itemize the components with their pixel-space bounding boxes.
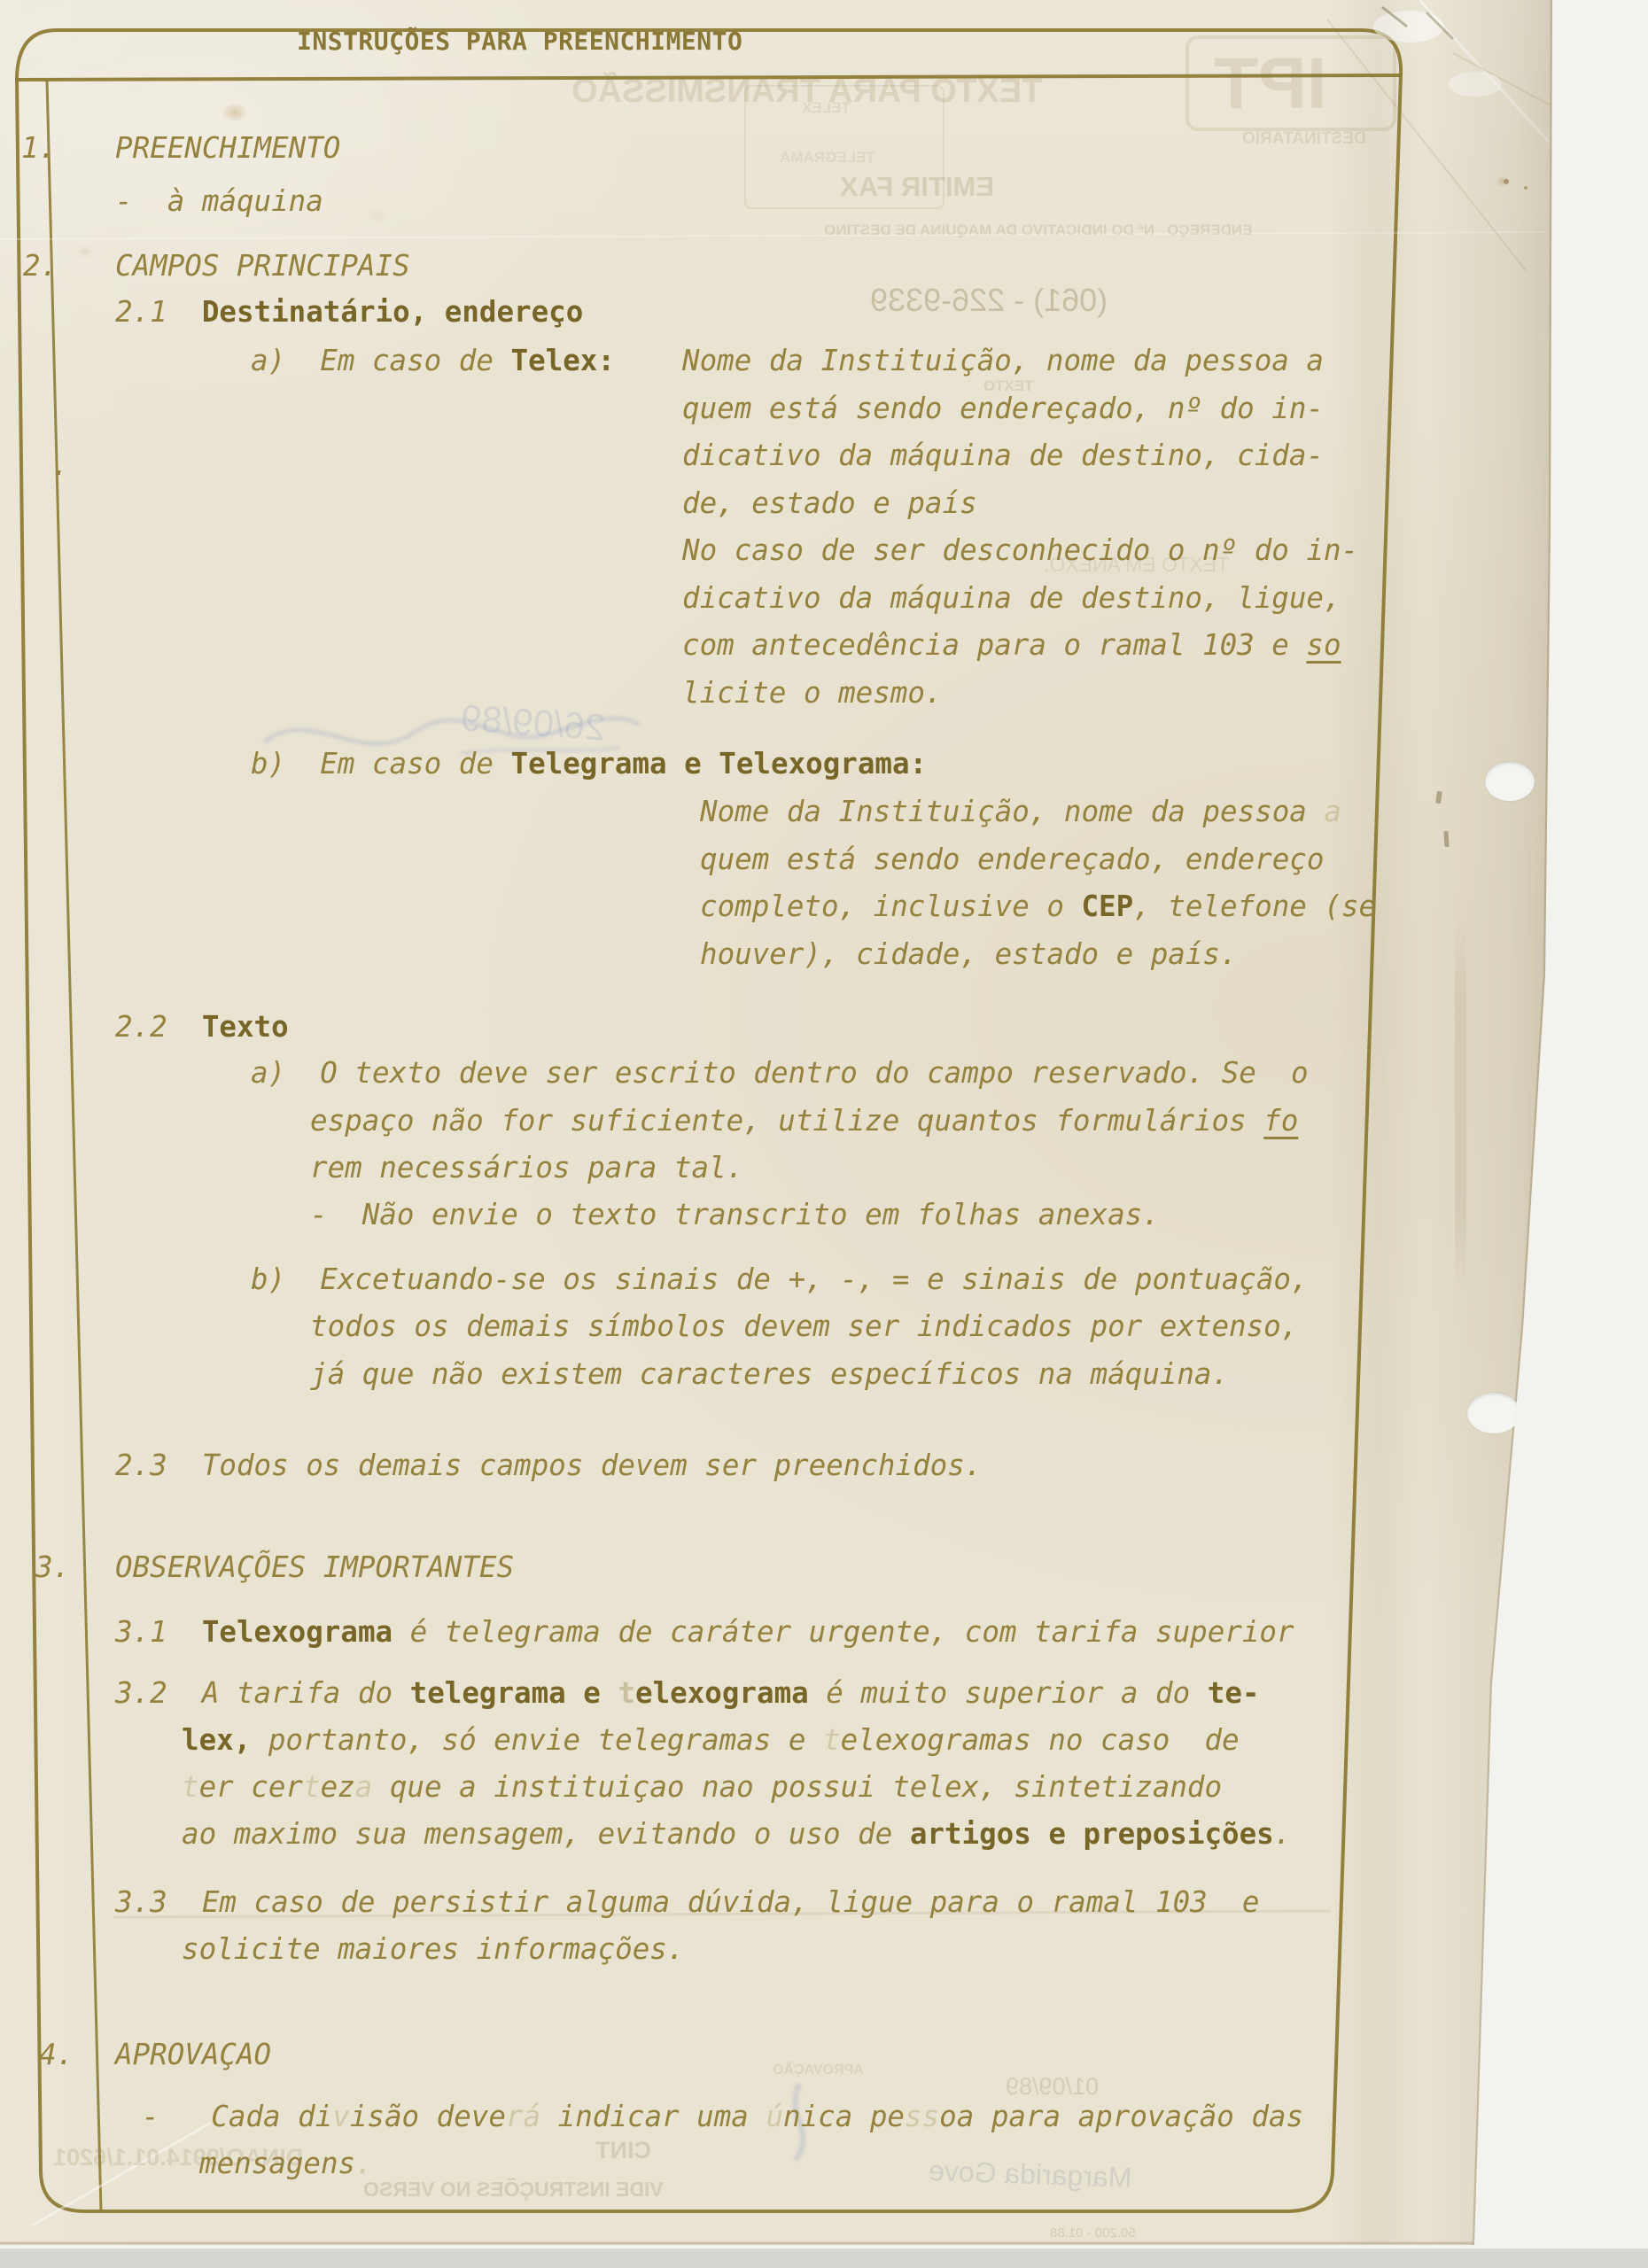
checkbox-bleed-box xyxy=(744,85,944,209)
doc-line: mensagens. xyxy=(199,2146,373,2181)
text-segment: . xyxy=(51,448,69,482)
doc-line: 3.1 Telexograma é telegrama de caráter u… xyxy=(115,1614,1294,1650)
text-segment: artigos e preposições xyxy=(910,1817,1274,1851)
text-segment: 2. xyxy=(23,249,58,283)
doc-line: 3. xyxy=(35,1550,70,1585)
text-segment: é muito superior a do xyxy=(809,1676,1208,1710)
text-segment: elexograma xyxy=(635,1676,809,1710)
text-segment: No caso de ser desconhecido o nº do in- xyxy=(682,533,1358,567)
doc-line: 3.2 A tarifa do telegrama e telexograma … xyxy=(115,1675,1259,1711)
text-segment: lex, xyxy=(182,1723,251,1757)
doc-line: a) O texto deve ser escrito dentro do ca… xyxy=(251,1055,1309,1091)
bleed-text: VIDE INSTRUÇÕES NO VERSO xyxy=(363,2178,664,2202)
doc-line: Nome da Instituição, nome da pessoa a xyxy=(682,343,1324,378)
bleed-text: CINT xyxy=(595,2137,651,2164)
doc-line: 2.3 Todos os demais campos devem ser pre… xyxy=(115,1448,982,1483)
bleed-text: TEXTO PARA TRANSMISSÃO xyxy=(571,73,1042,111)
text-segment: b) Excetuando-se os sinais de +, -, = e … xyxy=(251,1262,1309,1296)
doc-line: todos os demais símbolos devem ser indic… xyxy=(310,1309,1298,1344)
doc-line: houver), cidade, estado e país. xyxy=(700,936,1238,972)
doc-line: lex, portanto, só envie telegramas e tel… xyxy=(182,1722,1240,1758)
bleed-text: TELEGRAMA xyxy=(780,149,875,167)
text-segment: mensagens xyxy=(199,2147,355,2180)
text-segment: b) Em caso de xyxy=(251,747,511,781)
text-segment: solicite maiores informações. xyxy=(182,1932,684,1966)
text-segment: t xyxy=(303,1770,321,1804)
bleed-text: IPT xyxy=(1214,43,1327,126)
text-segment: a) O texto deve ser escrito dentro do ca… xyxy=(251,1056,1309,1090)
text-segment: rá xyxy=(506,2100,540,2133)
text-segment: v xyxy=(332,2100,350,2133)
text-segment: que a instituiçao nao possui telex, sint… xyxy=(372,1770,1222,1804)
doc-line: a) Em caso de Telex: xyxy=(251,343,615,378)
text-segment: te- xyxy=(1208,1676,1260,1710)
text-segment: portanto, só envie telegramas e xyxy=(251,1723,823,1757)
text-segment: todos os demais símbolos devem ser indic… xyxy=(310,1309,1298,1343)
doc-line: 4. xyxy=(39,2037,74,2072)
doc-line: - Não envie o texto transcrito em folhas… xyxy=(310,1197,1160,1232)
page-title: INSTRUÇÕES PARA PREENCHIMENTO xyxy=(297,27,742,56)
text-segment: licite o mesmo. xyxy=(682,676,943,710)
doc-line: 2.2 Texto xyxy=(115,1009,289,1045)
text-segment: rem necessários para tal. xyxy=(310,1151,743,1184)
text-segment: APROVAÇAO xyxy=(115,2038,271,2071)
text-segment: Nome da Instituição, nome da pessoa a xyxy=(682,344,1324,377)
text-segment: espaço não for suficiente, utilize quant… xyxy=(310,1104,1263,1138)
text-segment: - à máquina xyxy=(115,184,323,218)
text-segment: dicativo da máquina de destino, ligue, xyxy=(682,581,1341,615)
text-segment: CEP xyxy=(1081,889,1133,923)
text-segment: elexogramas no caso de xyxy=(841,1723,1240,1757)
doc-line: 2. xyxy=(23,248,58,283)
stain xyxy=(76,245,94,259)
bleed-text: 50.200 - 01.88 xyxy=(1050,2225,1136,2241)
text-segment: é telegrama de caráter urgente, com tari… xyxy=(393,1615,1294,1649)
text-segment: completo, inclusive o xyxy=(700,889,1081,923)
scanner-background-strip xyxy=(0,2249,1648,2268)
doc-line: . xyxy=(51,447,69,483)
text-segment: 3.1 xyxy=(115,1615,202,1649)
edge-shadow xyxy=(1418,0,1552,2245)
doc-line: b) Excetuando-se os sinais de +, -, = e … xyxy=(251,1262,1309,1297)
scanned-document-page: { "palette":{"ink":"#95823e","ink_bold":… xyxy=(0,0,1648,2268)
bleed-text: (061) - 226-9339 xyxy=(870,282,1108,319)
text-segment: t xyxy=(618,1676,635,1710)
paper-sheet: INSTRUÇÕES PARA PREENCHIMENTO 1.PREENCHI… xyxy=(0,0,1552,2245)
text-segment: com antecedência para o ramal 103 e xyxy=(682,628,1306,662)
text-segment: Texto xyxy=(202,1010,289,1044)
text-segment: 3.3 Em caso de persistir alguma dúvida, … xyxy=(115,1885,1259,1919)
text-segment: ao maximo sua mensagem, evitando o uso d… xyxy=(182,1817,910,1851)
text-segment: OBSERVAÇÕES IMPORTANTES xyxy=(115,1550,514,1584)
text-segment: de, estado e país xyxy=(682,486,977,520)
stain xyxy=(222,103,248,122)
text-segment: . xyxy=(355,2147,373,2180)
bleed-text: APROVAÇÃO xyxy=(773,2062,864,2078)
doc-line: 3.3 Em caso de persistir alguma dúvida, … xyxy=(115,1884,1259,1920)
doc-line: - à máquina xyxy=(115,183,323,219)
text-segment: Destinatário, endereço xyxy=(202,295,583,329)
text-segment: fo xyxy=(1263,1104,1298,1138)
doc-line: dicativo da máquina de destino, ligue, xyxy=(682,580,1341,616)
text-segment: isão deve xyxy=(350,2100,506,2133)
text-segment: quem está sendo endereçado, endereço xyxy=(700,843,1324,876)
doc-line: espaço não for suficiente, utilize quant… xyxy=(310,1103,1298,1138)
bleed-text: ENDEREÇO Nº DO INDICATIVO DA MAQUINA DE … xyxy=(824,221,1253,239)
text-segment: - Cada di xyxy=(142,2100,332,2133)
text-segment: a) Em caso de xyxy=(251,344,511,377)
text-segment: . xyxy=(1274,1817,1292,1851)
number-column-line xyxy=(47,80,101,2211)
text-segment: CAMPOS PRINCIPAIS xyxy=(115,249,410,283)
doc-line: quem está sendo endereçado, endereço xyxy=(700,842,1324,877)
text-segment: Telexograma xyxy=(202,1615,393,1649)
text-segment: Nome da Instituição, nome da pessoa xyxy=(700,795,1324,828)
stain xyxy=(1496,175,1510,187)
text-segment: ú xyxy=(766,2100,783,2133)
bleed-text: EMITIR FAX xyxy=(840,171,994,203)
text-segment: indicar uma xyxy=(540,2100,766,2133)
doc-line: dicativo da máquina de destino, cida- xyxy=(682,438,1324,473)
text-segment: 3.2 A tarifa do xyxy=(115,1676,410,1710)
fold-shadow xyxy=(1329,0,1426,2245)
doc-line: solicite maiores informações. xyxy=(182,1931,684,1967)
bleed-text: 26/09/89 xyxy=(460,696,607,749)
text-segment: houver), cidade, estado e país. xyxy=(700,937,1238,971)
doc-line: CAMPOS PRINCIPAIS xyxy=(115,248,410,283)
text-segment: er cer xyxy=(199,1770,303,1804)
doc-line: 1. xyxy=(21,130,56,166)
text-segment: 4. xyxy=(39,2038,74,2071)
doc-line: já que não existem caracteres específico… xyxy=(310,1356,1229,1392)
punch-hole xyxy=(1485,762,1535,801)
text-segment: t xyxy=(823,1723,841,1757)
text-segment: oa para aprovação das xyxy=(939,2100,1303,2133)
doc-line: PREENCHIMENTO xyxy=(115,130,340,166)
doc-line: Nome da Instituição, nome da pessoa a xyxy=(700,794,1341,829)
text-segment: PREENCHIMENTO xyxy=(115,131,340,165)
text-segment: quem está sendo endereçado, nº do in- xyxy=(682,392,1324,425)
doc-line: completo, inclusive o CEP, telefone (se xyxy=(700,889,1376,924)
bleed-text: Margarida Gove xyxy=(928,2155,1132,2194)
text-segment: Telegrama e Telexograma: xyxy=(511,747,928,781)
doc-line: ter certeza que a instituiçao nao possui… xyxy=(182,1769,1222,1805)
doc-line: OBSERVAÇÕES IMPORTANTES xyxy=(115,1550,514,1585)
doc-line: 2.1 Destinatário, endereço xyxy=(115,294,583,330)
punch-hole xyxy=(1467,1393,1520,1433)
doc-line: No caso de ser desconhecido o nº do in- xyxy=(682,532,1358,568)
text-segment: 1. xyxy=(21,131,56,165)
text-segment: t xyxy=(182,1770,199,1804)
text-segment: ss xyxy=(905,2100,939,2133)
doc-line: com antecedência para o ramal 103 e so xyxy=(682,627,1341,663)
doc-line: APROVAÇAO xyxy=(115,2037,271,2072)
title-band-line xyxy=(17,75,1401,80)
doc-line: rem necessários para tal. xyxy=(310,1150,743,1185)
text-segment: a xyxy=(355,1770,373,1804)
text-segment: nica pe xyxy=(783,2100,905,2133)
stain xyxy=(367,207,390,223)
doc-line: de, estado e país xyxy=(682,485,977,521)
text-segment: dicativo da máquina de destino, cida- xyxy=(682,439,1324,472)
doc-line: b) Em caso de Telegrama e Telexograma: xyxy=(251,746,927,781)
text-segment: ez xyxy=(321,1770,355,1804)
text-segment: - Não envie o texto transcrito em folhas… xyxy=(310,1198,1160,1231)
doc-line: quem está sendo endereçado, nº do in- xyxy=(682,391,1324,426)
text-segment: 2.1 xyxy=(115,295,202,329)
text-segment: Telex: xyxy=(511,344,615,377)
doc-line: - Cada divisão deverá indicar uma única … xyxy=(142,2099,1303,2134)
bleed-text: TELEX xyxy=(802,99,851,117)
text-segment: 2.3 Todos os demais campos devem ser pre… xyxy=(115,1449,982,1482)
text-segment: já que não existem caracteres específico… xyxy=(310,1357,1229,1391)
text-segment: telegrama e xyxy=(410,1676,618,1710)
text-segment: 2.2 xyxy=(115,1010,202,1044)
doc-line: licite o mesmo. xyxy=(682,675,943,711)
text-segment: 3. xyxy=(35,1550,70,1584)
bleed-text: 01/09/89 xyxy=(1006,2073,1099,2101)
doc-line: ao maximo sua mensagem, evitando o uso d… xyxy=(182,1816,1291,1852)
